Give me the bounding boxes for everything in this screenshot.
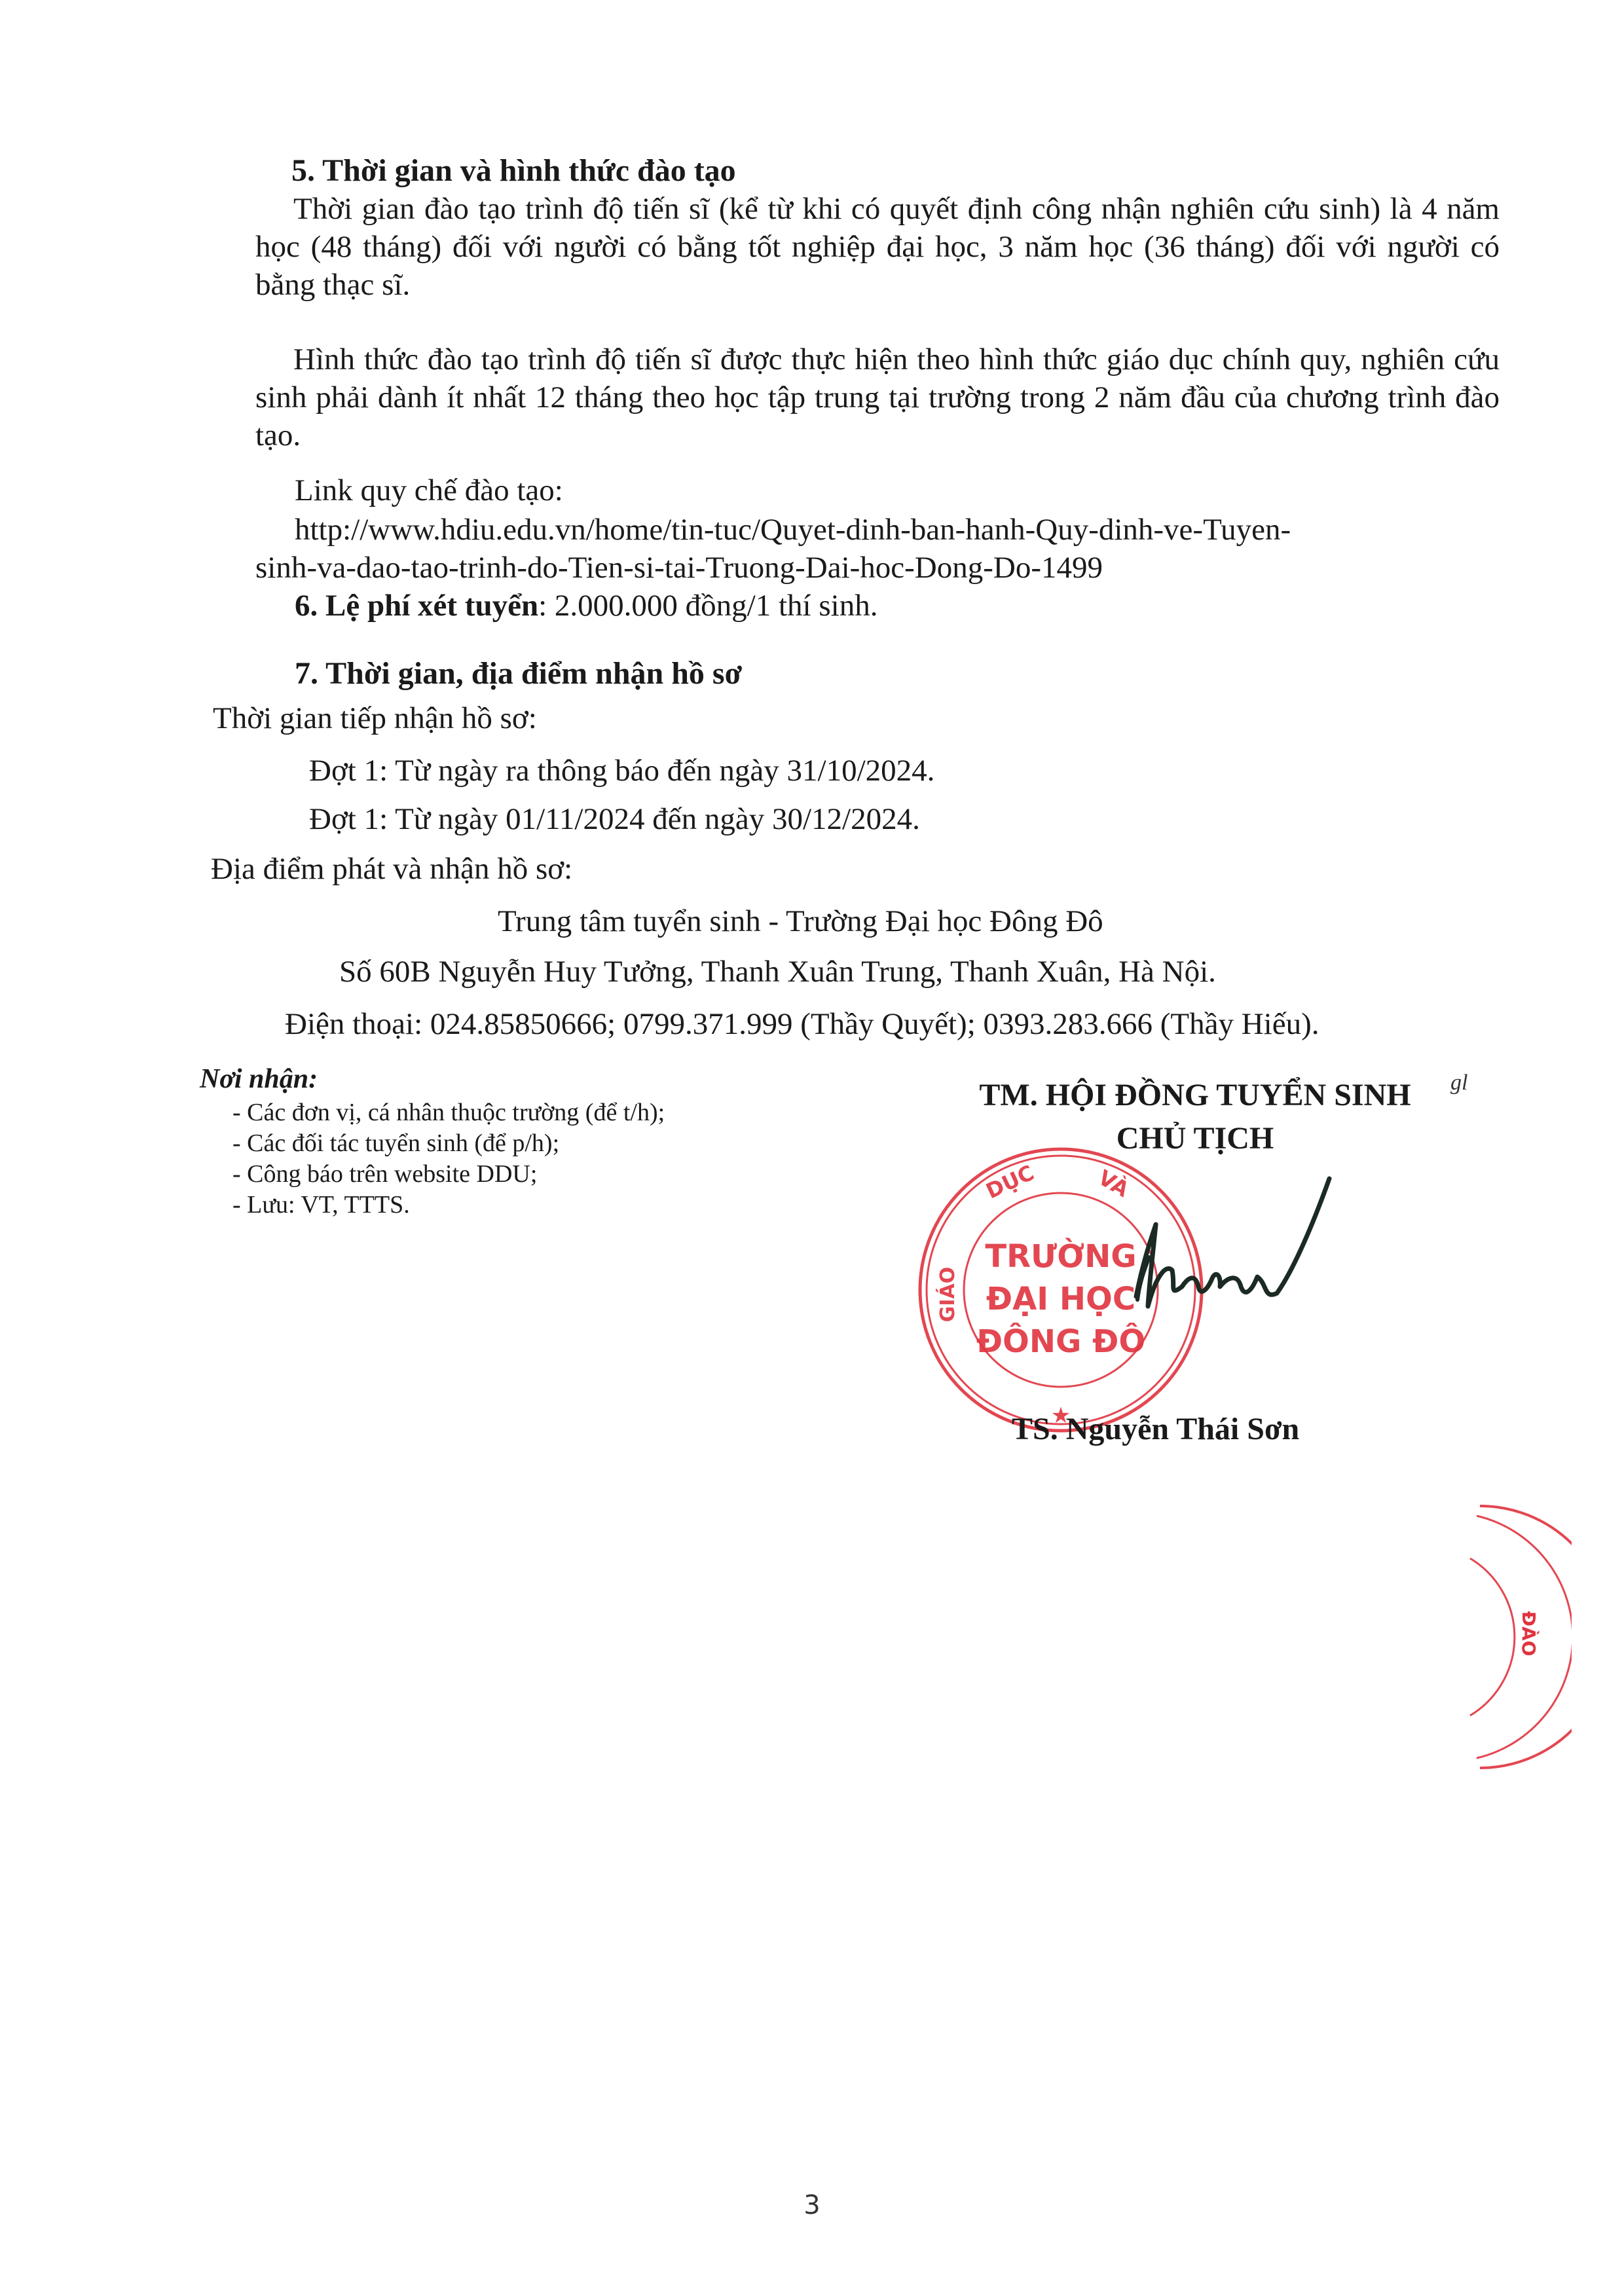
round-2-period: Đợt 1: Từ ngày 01/11/2024 đến ngày 30/12… — [309, 800, 920, 838]
regulation-link-line-1[interactable]: http://www.hdiu.edu.vn/home/tin-tuc/Quye… — [295, 511, 1291, 549]
section-5-para-duration: Thời gian đào tạo trình độ tiến sĩ (kể t… — [255, 190, 1500, 304]
margin-seal-icon: ĐÀO — [1467, 1499, 1572, 1774]
recipient-item: - Các đối tác tuyển sinh (để p/h); — [200, 1128, 665, 1159]
recipient-item: - Các đơn vị, cá nhân thuộc trường (để t… — [200, 1097, 665, 1128]
regulation-link-continued[interactable]: sinh-va-dao-tao-trinh-do-Tien-si-tai-Tru… — [255, 551, 1103, 585]
svg-text:GIÁO: GIÁO — [936, 1267, 959, 1323]
document-page: 5. Thời gian và hình thức đào tạo Thời g… — [0, 0, 1624, 2295]
recipients-block: Nơi nhận: - Các đơn vị, cá nhân thuộc tr… — [200, 1064, 665, 1221]
signature-organization: TM. HỘI ĐỒNG TUYỂN SINH — [917, 1074, 1473, 1117]
reception-time-label: Thời gian tiếp nhận hồ sơ: — [213, 699, 537, 737]
place-address: Số 60B Nguyễn Huy Tưởng, Thanh Xuân Trun… — [339, 953, 1216, 991]
regulation-link[interactable]: http://www.hdiu.edu.vn/home/tin-tuc/Quye… — [295, 513, 1291, 547]
link-label: Link quy chế đào tạo: — [295, 471, 563, 509]
duration-paragraph: Thời gian đào tạo trình độ tiến sĩ (kể t… — [255, 190, 1500, 304]
initial-mark: gl — [1450, 1071, 1467, 1095]
round-1-period: Đợt 1: Từ ngày ra thông báo đến ngày 31/… — [309, 752, 934, 790]
form-paragraph: Hình thức đào tạo trình độ tiến sĩ được … — [255, 340, 1500, 454]
section-5-para-form: Hình thức đào tạo trình độ tiến sĩ được … — [255, 340, 1500, 454]
place-name: Trung tâm tuyển sinh - Trường Đại học Đô… — [498, 902, 1103, 940]
recipients-title: Nơi nhận: — [200, 1064, 665, 1095]
svg-text:ĐÔNG ĐÔ: ĐÔNG ĐÔ — [976, 1323, 1145, 1360]
section-7-heading: 7. Thời gian, địa điểm nhận hồ sơ — [295, 655, 742, 693]
admission-fee: : 2.000.000 đồng/1 thí sinh. — [538, 589, 877, 623]
recipient-item: - Lưu: VT, TTTS. — [200, 1190, 665, 1221]
page-number: 3 — [0, 2190, 1624, 2220]
place-label: Địa điểm phát và nhận hồ sơ: — [211, 850, 572, 888]
section-6-line: 6. Lệ phí xét tuyển: 2.000.000 đồng/1 th… — [295, 587, 877, 625]
contact-phone: Điện thoại: 024.85850666; 0799.371.999 (… — [285, 1005, 1319, 1043]
signatory-name: TS. Nguyễn Thái Sơn — [1012, 1411, 1299, 1447]
svg-text:ĐÀO: ĐÀO — [1518, 1611, 1540, 1657]
section-5-heading: 5. Thời gian và hình thức đào tạo — [291, 152, 736, 190]
section-6-heading: 6. Lệ phí xét tuyển — [295, 589, 538, 623]
svg-text:ĐẠI HỌC: ĐẠI HỌC — [986, 1281, 1135, 1317]
svg-text:TRƯỜNG: TRƯỜNG — [985, 1238, 1136, 1275]
recipient-item: - Công báo trên website DDU; — [200, 1159, 665, 1190]
regulation-link-line-2[interactable]: sinh-va-dao-tao-trinh-do-Tien-si-tai-Tru… — [255, 549, 1103, 587]
svg-text:VÀ: VÀ — [1094, 1165, 1133, 1202]
handwritten-signature-icon — [1130, 1166, 1346, 1342]
